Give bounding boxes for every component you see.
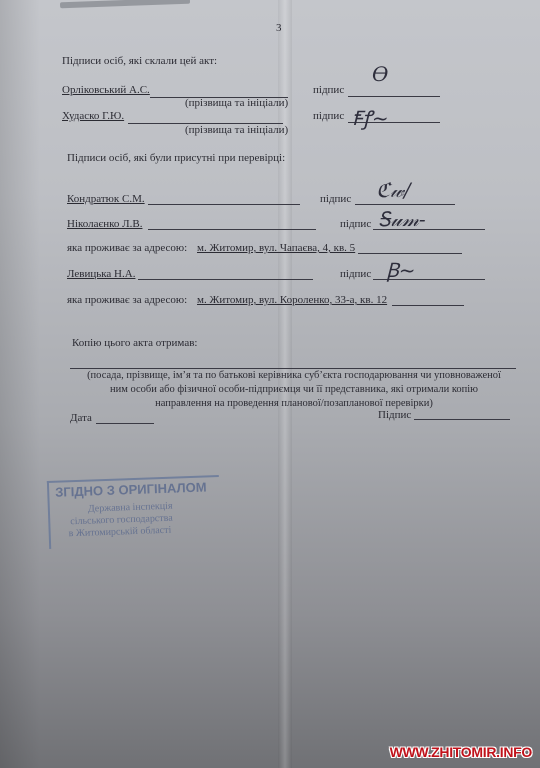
certification-stamp: ЗГІДНО З ОРИГІНАЛОМ Державна інспекція с… <box>47 475 221 549</box>
present-name-2: Ніколаєнко Л.В. <box>67 218 142 230</box>
paper-edge <box>60 0 190 8</box>
address-line <box>392 305 464 306</box>
signature-2: Ꞙꝭ~ <box>352 104 389 131</box>
copy-caption-1: (посада, прізвище, ім’я та по батькові к… <box>72 370 516 381</box>
date-label: Дата <box>70 412 92 424</box>
copy-heading: Копію цього акта отримав: <box>72 337 197 349</box>
copy-line <box>70 368 516 369</box>
page-shadow <box>0 0 40 768</box>
signature-line <box>355 204 455 205</box>
signature-line <box>348 96 440 97</box>
copy-sign-label: Підпис <box>378 409 411 421</box>
name-line <box>148 229 316 230</box>
sign-label: підпис <box>313 84 344 96</box>
sign-label: підпис <box>313 110 344 122</box>
sign-label: підпис <box>320 193 351 205</box>
date-line <box>96 423 154 424</box>
present-heading: Підписи осіб, які були присутні при пере… <box>67 152 285 164</box>
present-name-3: Левицька Н.А. <box>67 268 135 280</box>
copy-caption-2: ним особи або фізичної особи-підприємця … <box>72 384 516 395</box>
copy-caption-3: направлення на проведення планової/позап… <box>72 398 516 409</box>
address-2: м. Житомир, вул. Короленко, 33-а, кв. 12 <box>197 294 387 306</box>
compiler-name-1: Орліковський А.С. <box>62 84 150 96</box>
compiler-caption-1: (прізвища та ініціали) <box>185 97 288 109</box>
address-1: м. Житомир, вул. Чапаєва, 4, кв. 5 <box>197 242 355 254</box>
signature-3: ℭ𝓌/ <box>376 178 411 202</box>
signature-4: Ꭶ𝓊𝓂- <box>378 207 426 231</box>
present-name-1: Кондратюк С.М. <box>67 193 145 205</box>
sign-label: підпис <box>340 218 371 230</box>
site-watermark: WWW.ZHITOMIR.INFO <box>390 744 532 760</box>
name-line <box>148 204 300 205</box>
stamp-line-4: в Житомирській області <box>69 525 172 540</box>
compiler-caption-2: (прізвища та ініціали) <box>185 124 288 136</box>
sign-label: підпис <box>340 268 371 280</box>
address-line <box>358 253 462 254</box>
signature-1: Ѳ <box>372 62 388 86</box>
compilers-heading: Підписи осіб, які склали цей акт: <box>62 55 217 67</box>
compiler-name-2: Худаско Г.Ю. <box>62 110 124 122</box>
signature-5: Ꞵ~ <box>386 256 416 283</box>
address-label: яка проживає за адресою: <box>67 242 187 254</box>
page-number: 3 <box>276 22 282 34</box>
stamp-line-1: ЗГІДНО З ОРИГІНАЛОМ <box>55 479 207 499</box>
address-label: яка проживає за адресою: <box>67 294 187 306</box>
name-line <box>138 279 313 280</box>
copy-signature-line <box>414 419 510 420</box>
